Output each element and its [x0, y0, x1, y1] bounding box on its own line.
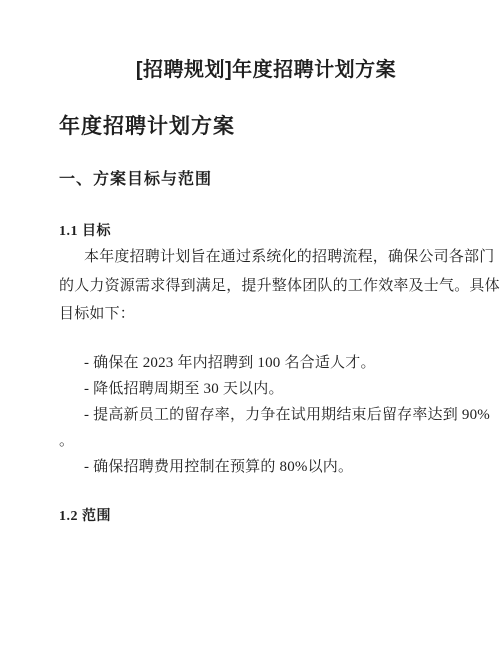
- section-heading: 一、方案目标与范围: [59, 168, 448, 192]
- paragraph-line-1: 本年度招聘计划旨在通过系统化的招聘流程，确保公司各部门: [59, 243, 448, 272]
- subsection-scope-heading: 1.2 范围: [59, 506, 448, 527]
- goal-item-3: - 提高新员工的留存率，力争在试用期结束后留存率达到 90%: [59, 402, 448, 428]
- goal-item-4: - 确保招聘费用控制在预算的 80%以内。: [59, 454, 448, 480]
- main-heading: 年度招聘计划方案: [59, 111, 448, 142]
- subsection-goal-heading: 1.1 目标: [59, 221, 448, 242]
- paragraph-line-2: 的人力资源需求得到满足，提升整体团队的工作效率及士气。具体: [59, 272, 448, 301]
- goal-item-3-wrap: 。: [59, 428, 448, 454]
- document-page: [招聘规划]年度招聘计划方案 年度招聘计划方案 一、方案目标与范围 1.1 目标…: [0, 0, 500, 647]
- document-title: [招聘规划]年度招聘计划方案: [59, 55, 448, 85]
- goal-intro-paragraph: 本年度招聘计划旨在通过系统化的招聘流程，确保公司各部门 的人力资源需求得到满足，…: [59, 243, 448, 329]
- goal-list: - 确保在 2023 年内招聘到 100 名合适人才。 - 降低招聘周期至 30…: [59, 350, 448, 480]
- goal-item-1: - 确保在 2023 年内招聘到 100 名合适人才。: [59, 350, 448, 376]
- goal-item-2: - 降低招聘周期至 30 天以内。: [59, 376, 448, 402]
- paragraph-line-3: 目标如下：: [59, 300, 448, 329]
